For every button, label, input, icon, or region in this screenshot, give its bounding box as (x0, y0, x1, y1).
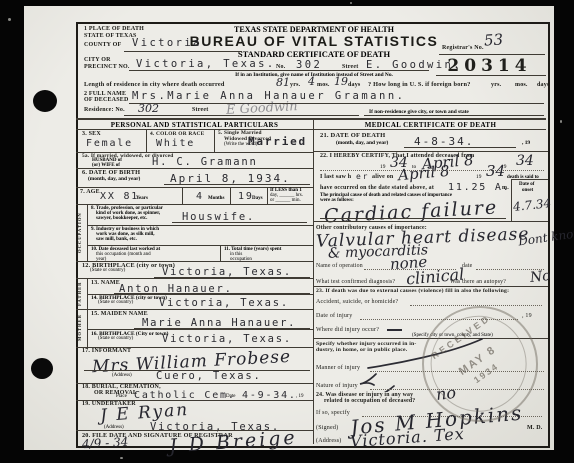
injury-19-label: , 19 (522, 313, 532, 319)
occurred-label: have occurred on the date stated above, … (320, 185, 434, 191)
informant-label: 17. INFORMANT (82, 348, 131, 354)
last-saw-er-typed: er (356, 172, 369, 181)
mother-maiden-label: 15. MAIDEN NAME (91, 311, 148, 317)
date-of-onset-label-1: Date of (519, 182, 534, 187)
burial-place-label: Place (116, 394, 127, 399)
certificate-page: 1 PLACE OF DEATH STATE OF TEXAS TEXAS ST… (24, 6, 554, 450)
husband-value: H. C. Gramann (152, 156, 258, 168)
foreign-born-label: ? How long in U. S. if foreign born? (368, 81, 471, 88)
residence-label: Residence: No. (84, 107, 125, 113)
occupation-side-label: OCCUPATION (77, 206, 82, 259)
burial-date-label: Date (226, 394, 235, 399)
principal-cause-label-2: were as follows: (320, 198, 354, 203)
marital-value: Married (248, 135, 307, 148)
registrar-no-value: 53 (483, 30, 503, 49)
scan-speck (560, 120, 562, 123)
age-months-value: 4 (196, 191, 204, 202)
age-days-label: Days (252, 196, 263, 201)
age-months-label: Months (208, 196, 224, 201)
days-label: days (348, 82, 360, 88)
city-label: CITY OR (84, 57, 111, 63)
date-of-death-sub: (month, day, and year) (336, 140, 388, 146)
father-birthplace-value: Victoria, Texas. (159, 297, 289, 309)
foreign-days-label: days (537, 82, 549, 88)
m-label: m. (502, 185, 509, 191)
scan-speck (8, 18, 11, 21)
autopsy-label: Was there an autopsy? (450, 279, 506, 285)
race-value: White (156, 138, 195, 149)
age-label: 7. AGE (80, 189, 100, 195)
mother-birthplace-value: Victoria, Texas. (162, 333, 292, 345)
scan-speck (350, 2, 352, 4)
operation-label: Name of operation (316, 263, 363, 269)
certify-to-year: 34 (516, 153, 534, 169)
residence-street-label: Street (192, 107, 208, 113)
signed-label: (Signed) (316, 425, 338, 431)
residence-days-value: 19 (334, 75, 348, 88)
foreign-yrs-label: yrs. (491, 82, 501, 88)
race-label: 4. COLOR OR RACE (150, 131, 204, 137)
dob-label: 6. DATE OF BIRTH (82, 169, 140, 176)
dob-sub-label: (month, day, and year) (88, 176, 140, 182)
section-title-personal: PERSONAL AND STATISTICAL PARTICULARS (76, 121, 313, 129)
manner-of-injury-label: Manner of injury (316, 365, 360, 371)
city-value: Victoria, Texas. (136, 58, 276, 70)
sex-label: 3. SEX (82, 131, 101, 137)
related-occupation-label-2: related to occupation of deceased? (324, 398, 415, 404)
county-value: Victoria. (132, 37, 211, 49)
mother-birthplace-sub: (State or country) (98, 336, 133, 341)
scan-speck (120, 457, 123, 459)
injury-date-label: Date of injury (316, 313, 352, 319)
residence-no-value: 302 (138, 102, 159, 115)
yrs-label: yrs. (290, 82, 300, 88)
informant-address-value: Cuero, Texas. (156, 370, 262, 382)
county-label: COUNTY OF (84, 42, 121, 48)
section-title-medical: MEDICAL CERTIFICATE OF DEATH (313, 121, 548, 129)
precinct-label: PRECINCT NO. (84, 64, 130, 70)
last-saw-year: 34 (486, 162, 505, 180)
test-confirmed-label: What test confirmed diagnosis? (316, 279, 395, 285)
hole-punch (31, 358, 53, 379)
burial-19-label: , 19 (296, 394, 304, 399)
place-of-death-label: 1 PLACE OF DEATH (84, 26, 144, 32)
father-birthplace-sub: (State or country) (98, 300, 133, 305)
alive-on-label: alive on (372, 174, 393, 180)
father-side-label: FATHER (77, 280, 82, 307)
trade-label-3: sawyer, bookkeeper, etc. (96, 216, 147, 221)
residence-years-value: 81 (276, 76, 290, 89)
of-deceased-label: OF DECEASED (84, 97, 128, 103)
hole-punch (33, 90, 57, 112)
sex-value: Female (86, 138, 133, 149)
residence-months-value: 4 (308, 75, 315, 88)
father-name-label: 13. NAME (91, 280, 120, 286)
if-so-specify-label: If so, specify (316, 410, 350, 416)
date-of-onset-label-2: onset (522, 188, 533, 193)
physician-address-label: (Address) (316, 438, 341, 444)
last-saw-label: I last saw h (320, 174, 351, 180)
injury-where-label: Where did injury occur? (316, 327, 379, 333)
autopsy-value: No (529, 268, 551, 286)
date-of-death-label: 21. DATE OF DEATH (320, 132, 385, 139)
residence-length-label: Length of residence in city where death … (84, 81, 225, 88)
md-label: M. D. (527, 425, 543, 431)
age-years-label: Years (136, 196, 148, 201)
external-causes-label: 23. If death was due to external causes … (316, 288, 509, 294)
industry-label-3: saw mill, bank, etc. (96, 237, 137, 242)
file-date-value: 4/9 - 34 (82, 435, 129, 451)
nature-of-injury-label: Nature of injury (316, 383, 358, 389)
accident-label: Accident, suicide, or homicide? (316, 299, 398, 305)
date-of-death-19: , 19 (522, 140, 530, 146)
informant-address-label: (Address) (112, 373, 132, 378)
mos-label: mos. (317, 82, 330, 88)
mother-side-label: MOTHER (77, 312, 82, 344)
age-years-value: XX 81 (100, 191, 139, 202)
registrar-no-label: Registrar's No. (442, 45, 484, 51)
last-saw-19: 19 (476, 174, 481, 180)
foreign-mos-label: mos. (515, 82, 528, 88)
if-less-label-3: or ______ min. (270, 198, 301, 203)
birthplace-sub-label: (State or country) (90, 268, 125, 273)
state-of-texas-label: STATE OF TEXAS (84, 33, 137, 39)
